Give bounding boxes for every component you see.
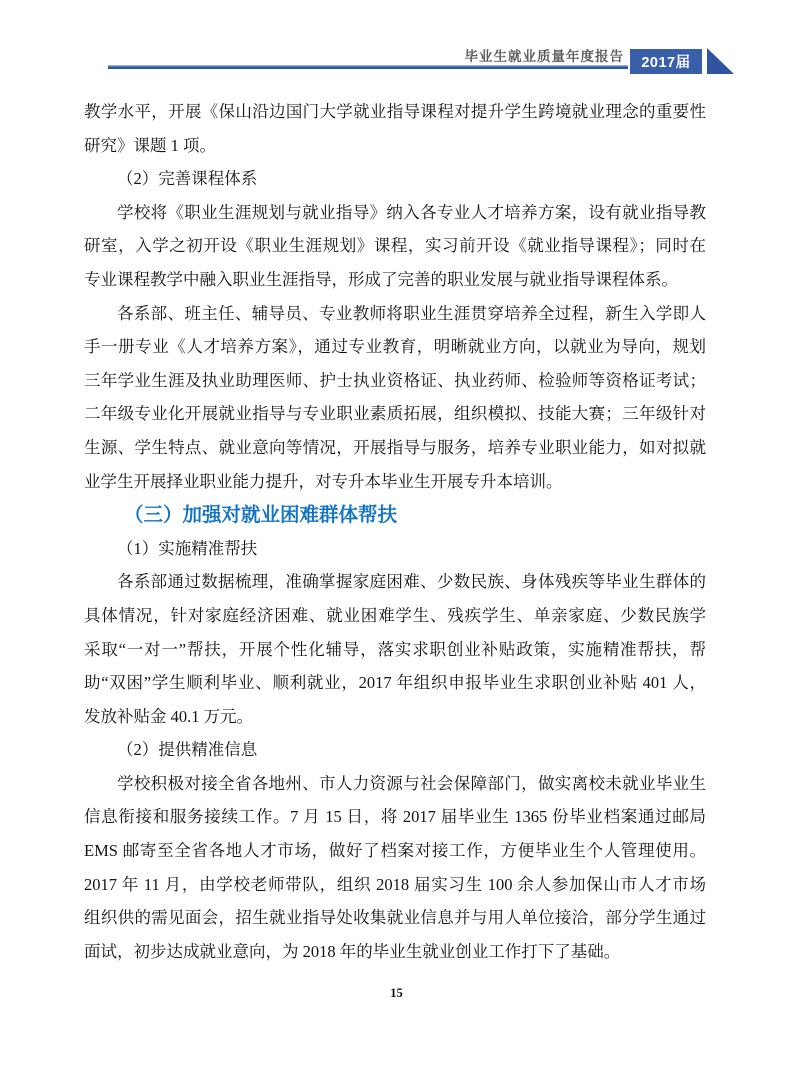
text-line: 发放补贴金 40.1 万元。 <box>84 700 706 734</box>
text-line: 各系部、班主任、辅导员、专业教师将职业生涯贯穿培养全过程，新生入学即人 <box>84 297 706 331</box>
text-line: 手一册专业《人才培养方案》，通过专业教育，明晰就业方向，以就业为导向，规划 <box>84 330 706 364</box>
report-page: 毕业生就业质量年度报告 2017届 教学水平，开展《保山沿边国门大学就业指导课程… <box>0 0 793 1077</box>
page-number: 15 <box>390 986 403 1000</box>
paragraph-career-guidance-process: 各系部、班主任、辅导员、专业教师将职业生涯贯穿培养全过程，新生入学即人手一册专业… <box>84 297 706 499</box>
paragraph-precise-information: 学校积极对接全省各地州、市人力资源与社会保障部门，做实离校未就业毕业生信息衔接和… <box>84 767 706 969</box>
header-title: 毕业生就业质量年度报告 <box>465 45 625 65</box>
text-line: 各系部通过数据梳理，准确掌握家庭困难、少数民族、身体残疾等毕业生群体的 <box>84 565 706 599</box>
text-line: 研究》课题 1 项。 <box>84 129 706 163</box>
text-line: 助“双困”学生顺利毕业、顺利就业，2017 年组织申报毕业生求职创业补贴 401… <box>84 666 706 700</box>
subheading-improve-course-system: （2）完善课程体系 <box>84 162 706 196</box>
text-line: 采取“一对一”帮扶，开展个性化辅导，落实求职创业补贴政策，实施精准帮扶，帮 <box>84 633 706 667</box>
text-line: 学校积极对接全省各地州、市人力资源与社会保障部门，做实离校未就业毕业生 <box>84 767 706 801</box>
text-line: 学校将《职业生涯规划与就业指导》纳入各专业人才培养方案，设有就业指导教 <box>84 196 706 230</box>
text-line: 二年级专业化开展就业指导与专业职业素质拓展，组织模拟、技能大赛；三年级针对 <box>84 397 706 431</box>
text-line: 2017 年 11 月，由学校老师带队，组织 2018 届实习生 100 余人参… <box>84 868 706 902</box>
paragraph-course-research: 教学水平，开展《保山沿边国门大学就业指导课程对提升学生跨境就业理念的重要性研究》… <box>84 95 706 162</box>
text-line: 组织供的需见面会，招生就业指导处收集就业信息并与用人单位接洽，部分学生通过 <box>84 901 706 935</box>
header-year-badge: 2017届 <box>630 49 702 74</box>
text-line: 面试，初步达成就业意向，为 2018 年的毕业生就业创业工作打下了基础。 <box>84 935 706 969</box>
text-line: 具体情况，针对家庭经济困难、就业困难学生、残疾学生、单亲家庭、少数民族学生， <box>84 599 706 633</box>
text-line: 生源、学生特点、就业意向等情况，开展指导与服务，培养专业职业能力，如对拟就 <box>84 431 706 465</box>
text-line: 三年学业生涯及执业助理医师、护士执业资格证、执业药师、检验师等资格证考试； <box>84 364 706 398</box>
paragraph-precise-assistance: 各系部通过数据梳理，准确掌握家庭困难、少数民族、身体残疾等毕业生群体的具体情况，… <box>84 565 706 733</box>
text-line: 业学生开展择业职业能力提升，对专升本毕业生开展专升本培训。 <box>84 465 706 499</box>
header-flag-triangle-icon <box>707 48 734 74</box>
subheading-precise-assistance: （1）实施精准帮扶 <box>84 532 706 566</box>
text-line: EMS 邮寄至全省各地人才市场，做好了档案对接工作，方便毕业生个人管理使用。 <box>84 834 706 868</box>
document-body: 教学水平，开展《保山沿边国门大学就业指导课程对提升学生跨境就业理念的重要性研究》… <box>84 95 706 968</box>
page-footer: 15 <box>0 986 793 1001</box>
paragraph-course-system: 学校将《职业生涯规划与就业指导》纳入各专业人才培养方案，设有就业指导教研室，入学… <box>84 196 706 297</box>
text-line: 信息衔接和服务接续工作。7 月 15 日，将 2017 届毕业生 1365 份毕… <box>84 800 706 834</box>
text-line: 教学水平，开展《保山沿边国门大学就业指导课程对提升学生跨境就业理念的重要性 <box>84 95 706 129</box>
section-heading-help-disadvantaged-groups: （三）加强对就业困难群体帮扶 <box>84 498 706 532</box>
page-header: 毕业生就业质量年度报告 2017届 <box>0 0 793 90</box>
text-line: 专业课程教学中融入职业生涯指导，形成了完善的职业发展与就业指导课程体系。 <box>84 263 706 297</box>
subheading-precise-information: （2）提供精准信息 <box>84 733 706 767</box>
header-rule <box>108 65 628 69</box>
text-line: 研室，入学之初开设《职业生涯规划》课程，实习前开设《就业指导课程》；同时在 <box>84 229 706 263</box>
